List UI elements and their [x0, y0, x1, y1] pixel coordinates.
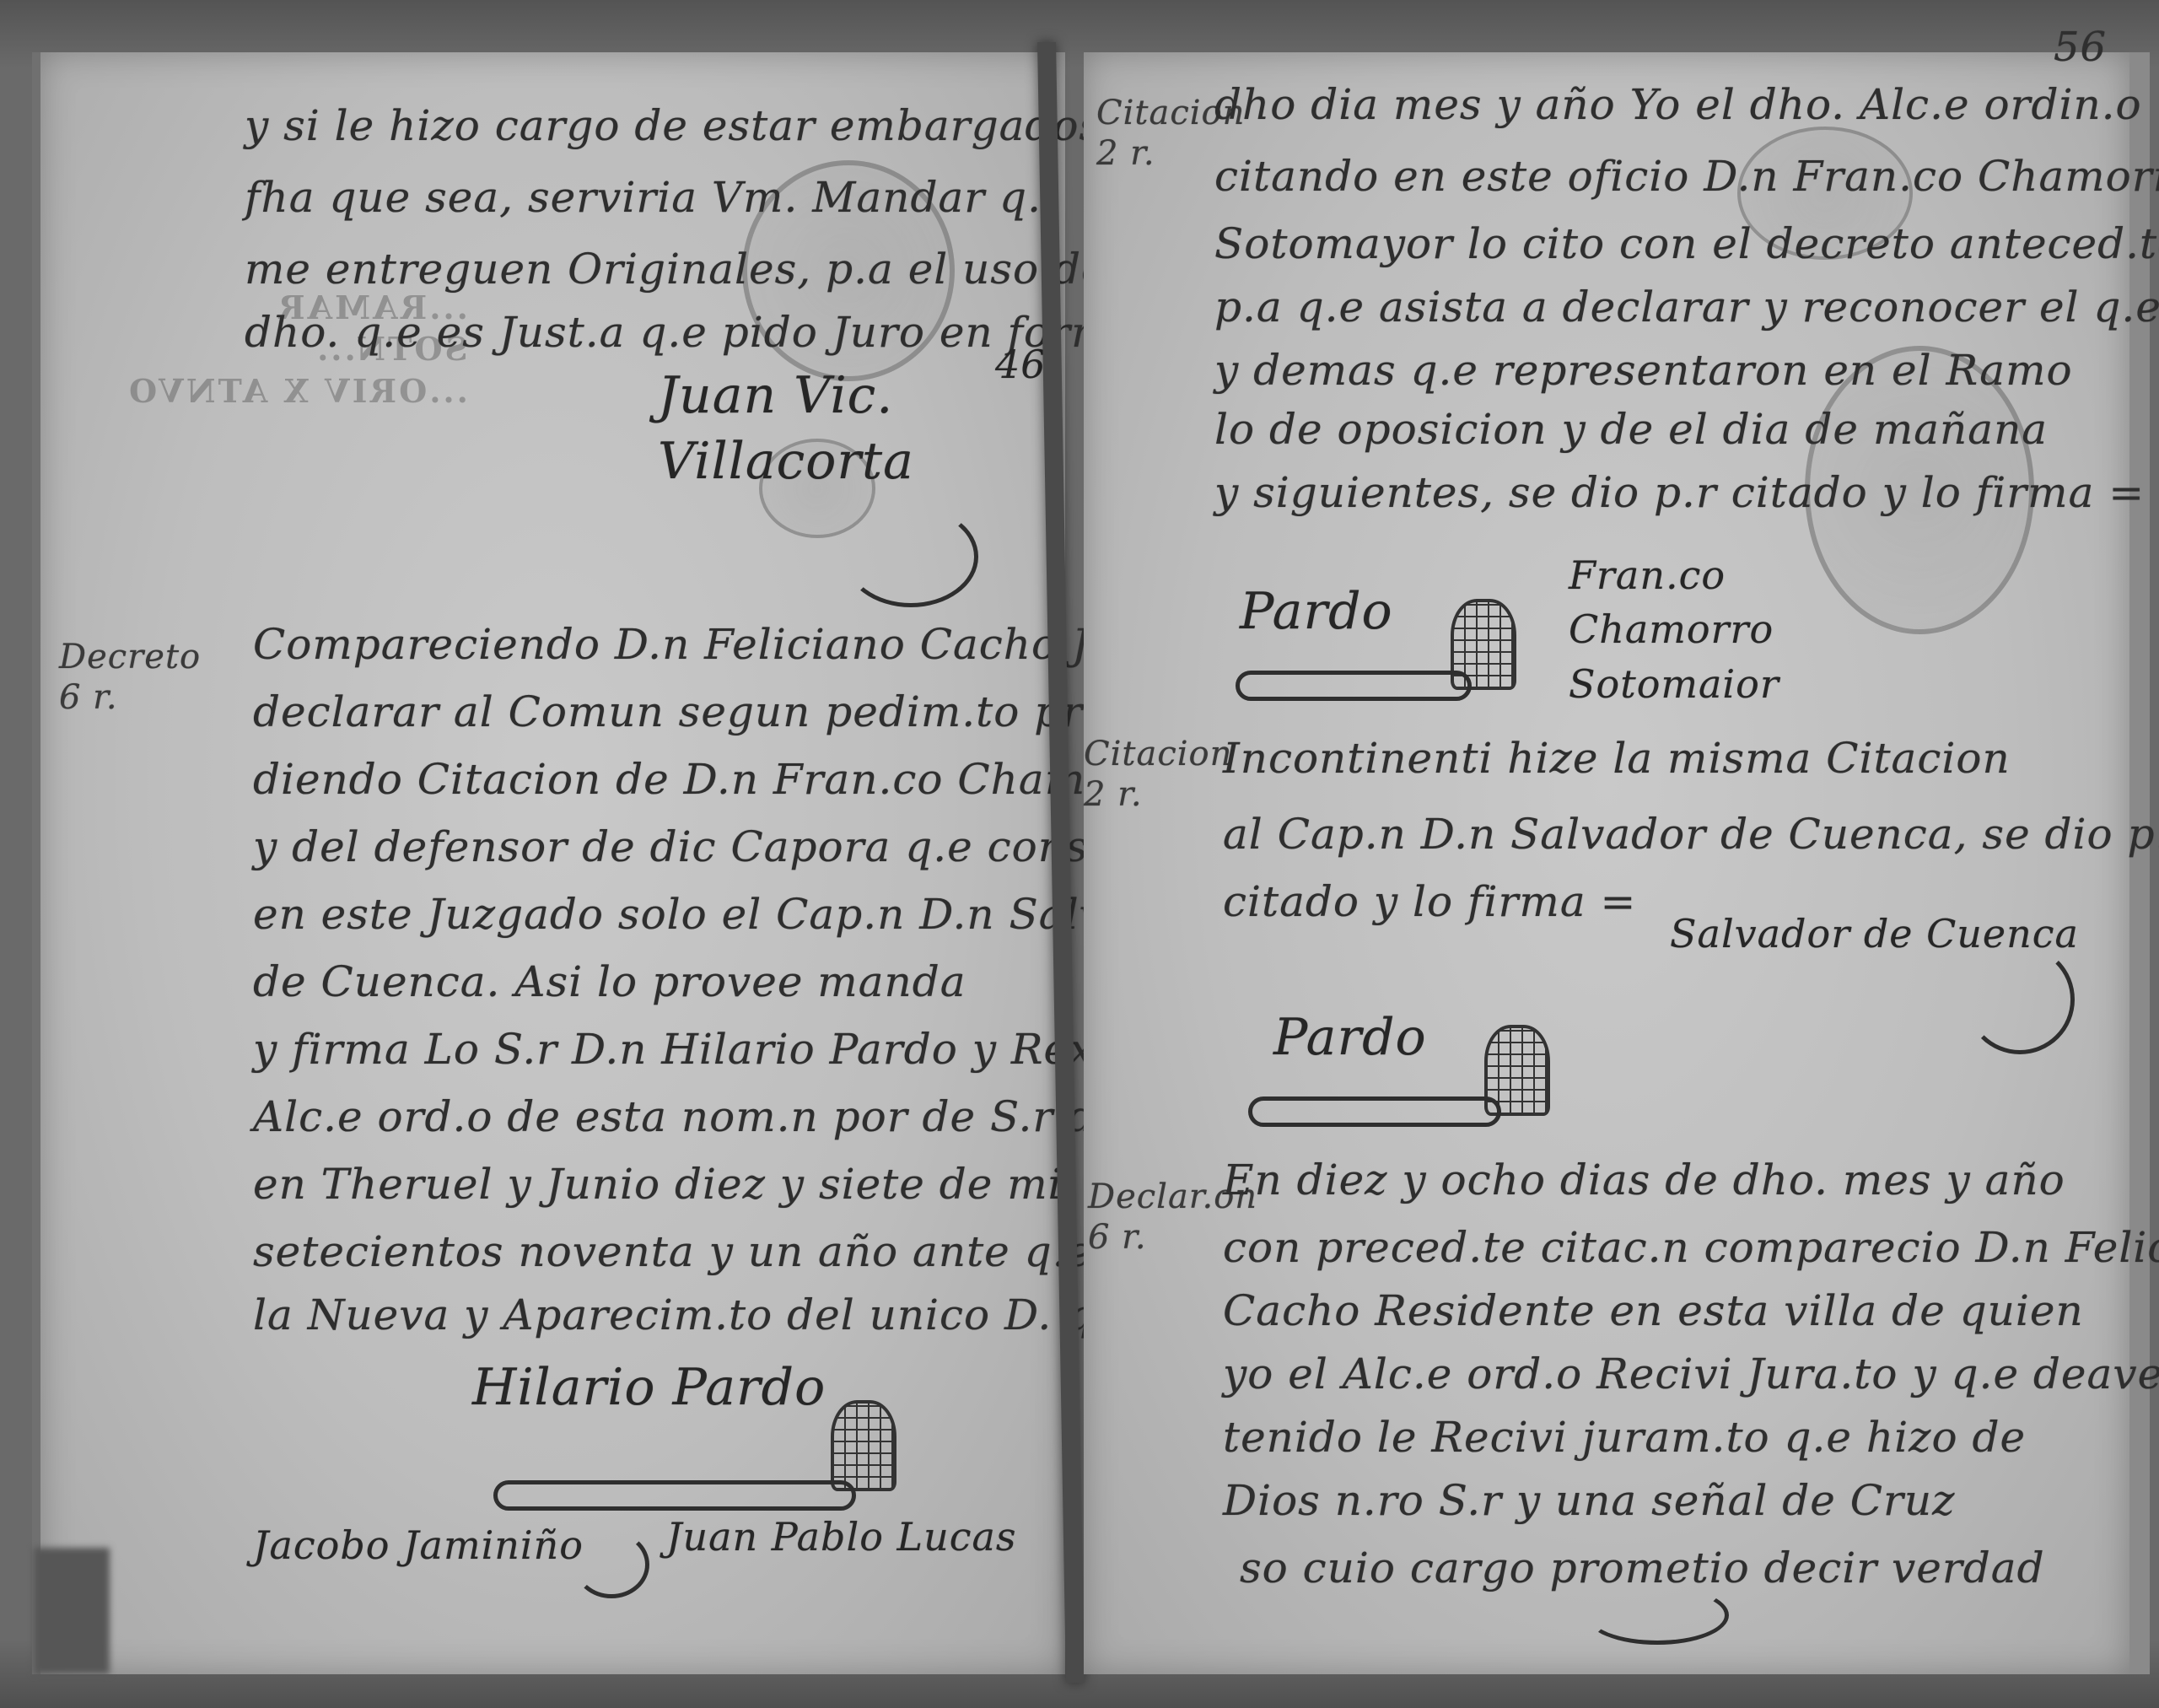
text-line: Cacho Residente en esta villa de quien — [1223, 1286, 2084, 1335]
text-line: lo de oposicion y de el dia de mañana — [1214, 405, 2048, 454]
signature-underloop-icon — [1248, 1096, 1501, 1127]
margin-note-decreto: Decreto 6 r. — [59, 637, 201, 718]
text-line: de Cuenca. Asi lo provee manda — [253, 957, 966, 1006]
text-line: y siguientes, se dio p.r citado y lo fir… — [1214, 468, 2145, 517]
text-line: tenido le Recivi juram.to q.e hizo de — [1223, 1413, 2026, 1462]
text-line: citado y lo firma = — [1223, 877, 1636, 926]
signature-juan-pablo: Juan Pablo Lucas — [666, 1514, 1017, 1560]
sign-number: 46 — [995, 342, 1047, 387]
rubric-flourish-icon — [843, 506, 978, 607]
rubric-flourish-icon — [1586, 1586, 1729, 1645]
signature-pardo: Pardo — [1240, 582, 1393, 641]
signature-chamorro: Fran.co Chamorro Sotomaior — [1569, 548, 1931, 711]
text-line: so cuio cargo prometio decir verdad — [1240, 1544, 2045, 1592]
notary-sign-icon — [831, 1400, 896, 1491]
signature-hilario-pardo: Hilario Pardo — [472, 1358, 826, 1417]
bottom-left-shadow — [34, 1548, 110, 1674]
text-line: en Theruel y Junio diez y siete de mil — [253, 1160, 1077, 1209]
signature-pardo-2: Pardo — [1273, 1008, 1427, 1067]
rubric-flourish-icon — [573, 1531, 649, 1598]
bleed-line: ...ORIV X ATNVO — [127, 372, 468, 410]
signature-villacorta: Juan Vic. Villacorta — [658, 363, 928, 494]
text-line: setecientos noventa y un año ante q.e y — [253, 1227, 1131, 1276]
text-line: al Cap.n D.n Salvador de Cuenca, se dio … — [1223, 810, 2159, 859]
text-line: fha que sea, serviria Vm. Mandar q. — [245, 173, 1042, 222]
text-line: yo el Alc.e ord.o Recivi Jura.to y q.e d… — [1223, 1350, 2159, 1398]
text-line: p.a q.e asista a declarar y reconocer el… — [1214, 283, 2159, 331]
text-line: Sotomayor lo cito con el decreto anteced… — [1214, 219, 2159, 268]
text-line: En diez y ocho dias de dho. mes y año — [1223, 1156, 2065, 1204]
text-line: y firma Lo S.r D.n Hilario Pardo y Rex — [253, 1025, 1094, 1074]
signature-underloop-icon — [1236, 671, 1472, 701]
margin-note-citacion: Citacion 2 r. — [1084, 734, 1232, 815]
text-line: y del defensor de dic Capora q.e consta — [253, 822, 1133, 871]
text-line: y si le hizo cargo de estar embargados, … — [245, 101, 1155, 150]
signature-jacobo: Jacobo Jaminiño — [253, 1522, 584, 1568]
text-line: declarar al Comun segun pedim.to prece — [253, 687, 1159, 736]
text-line: Incontinenti hize la misma Citacion — [1223, 734, 2011, 783]
text-line: Dios n.ro S.r y una señal de Cruz — [1223, 1476, 1955, 1525]
rubric-flourish-icon — [1965, 945, 2075, 1054]
text-line: y demas q.e representaron en el Ramo — [1214, 346, 2073, 395]
signature-underloop-icon — [493, 1480, 856, 1511]
text-line: dho dia mes y año Yo el dho. Alc.e ordin… — [1214, 80, 2142, 129]
text-line: me entreguen Originales, p.a el uso de m… — [245, 245, 1176, 294]
text-line: citando en este oficio D.n Fran.co Chamo… — [1214, 152, 2159, 201]
text-line: con preced.te citac.n comparecio D.n Fel… — [1223, 1223, 2159, 1272]
text-line: Alc.e ord.o de esta nom.n por de S.r des… — [253, 1092, 1187, 1141]
page-number: 56 — [2054, 24, 2107, 71]
text-line: diendo Citacion de D.n Fran.co Chamorro — [253, 755, 1180, 804]
